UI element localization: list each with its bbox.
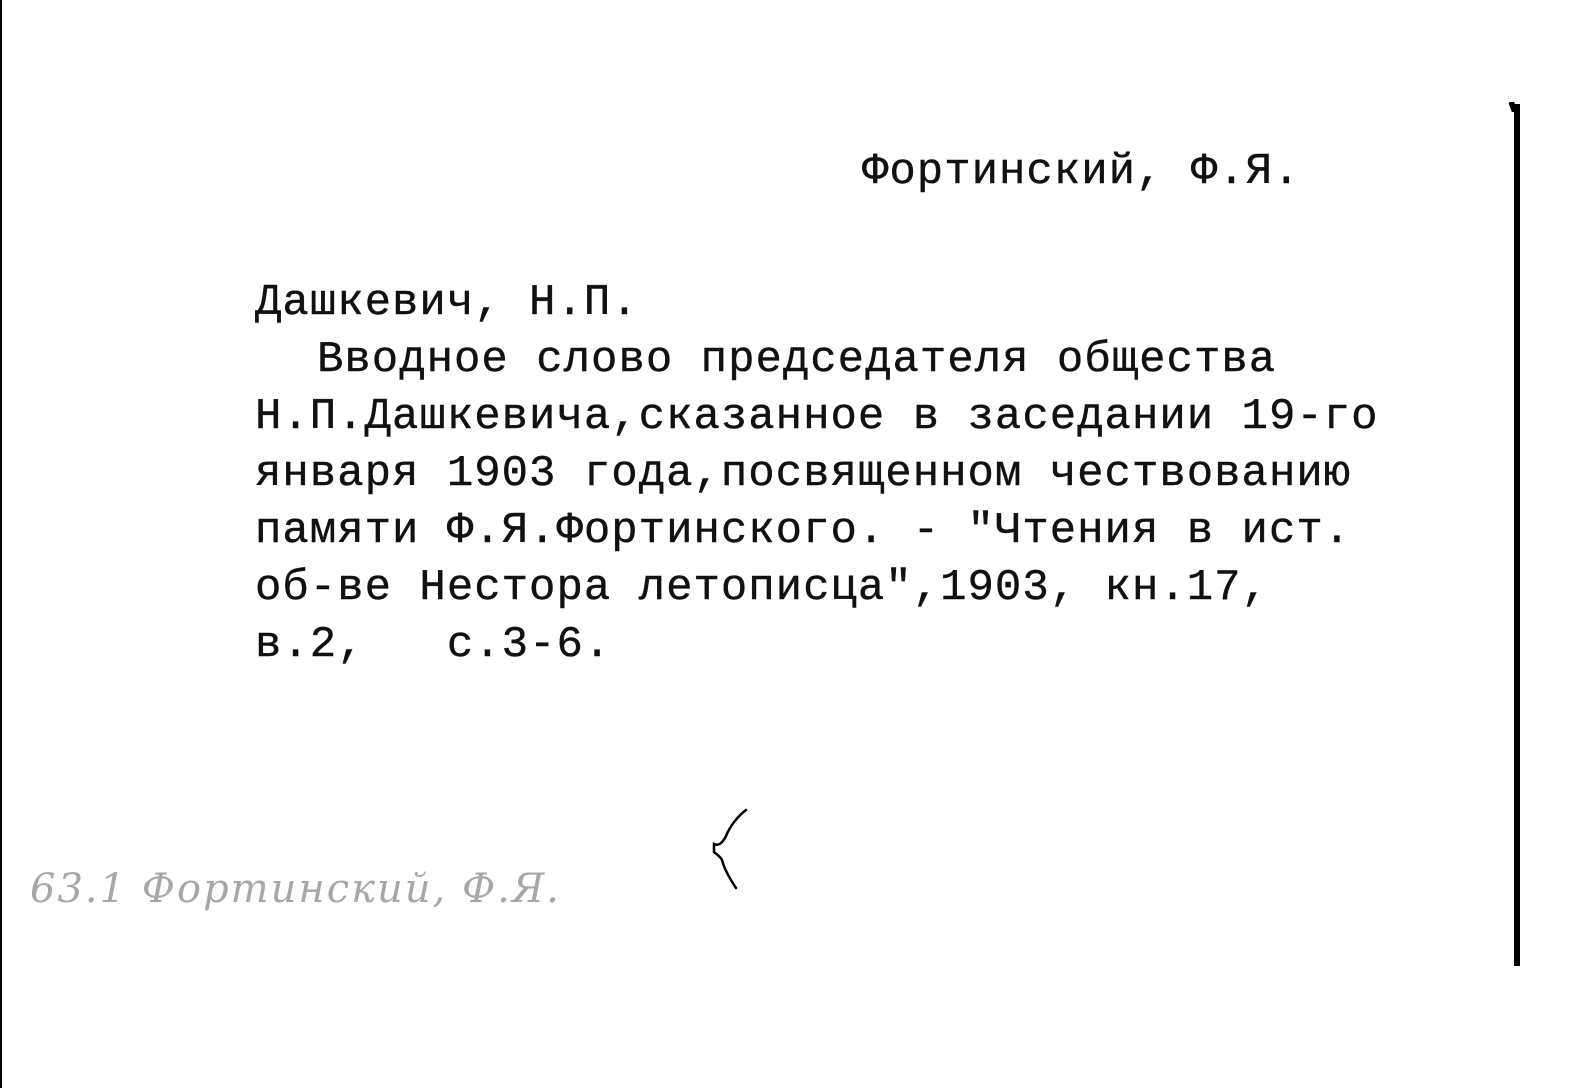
entry-pages-line: в.2, с.3-6. xyxy=(255,617,1517,674)
card-right-rule xyxy=(1514,104,1520,966)
entry-author-line: Дашкевич, Н.П. xyxy=(255,275,1517,332)
pencil-tick-mark xyxy=(700,800,760,900)
handwritten-shelf-mark: 63.1 Фортинский, Ф.Я. xyxy=(30,866,561,912)
entry-title-line-2: Н.П.Дашкевича,сказанное в заседании 19-г… xyxy=(255,389,1517,446)
subject-heading: Фортинский, Ф.Я. xyxy=(862,150,1300,194)
entry-title-line-1: Вводное слово председателя общества xyxy=(255,332,1517,389)
card-left-edge xyxy=(0,0,2,1088)
entry-title-line-4: памяти Ф.Я.Фортинского. - "Чтения в ист. xyxy=(255,503,1517,560)
entry-source-line: об-ве Нестора летописца",1903, кн.17, xyxy=(255,560,1517,617)
entry-title-line-3: января 1903 года,посвященном чествованию xyxy=(255,446,1517,503)
catalog-entry: Дашкевич, Н.П. Вводное слово председател… xyxy=(255,275,1517,675)
